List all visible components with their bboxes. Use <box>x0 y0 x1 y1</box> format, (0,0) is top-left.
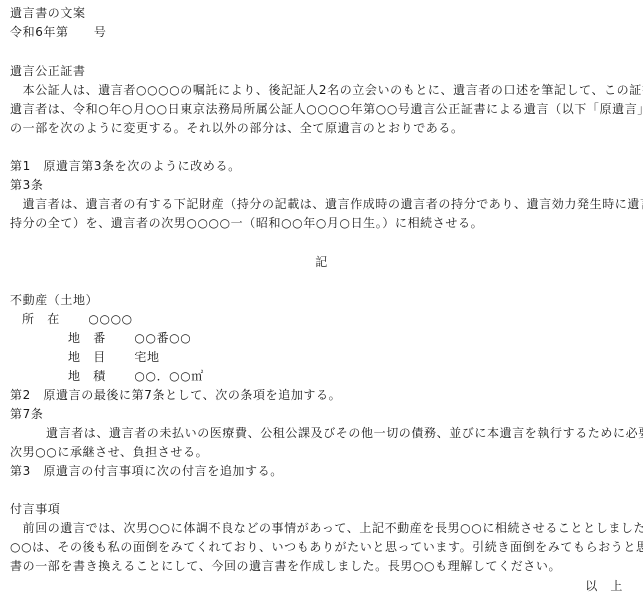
property-location: 所 在 ○○○○ <box>22 311 133 327</box>
supplementary-body: ○○は、その後も私の面倒をみてくれており、いつもありがたいと思っています。引続き… <box>10 539 643 555</box>
article-2-body: 遺言者は、遺言者の未払いの医療費、公租公課及びその他一切の債務、並びに本遺言を執… <box>46 425 643 441</box>
certificate-intro-line: 本公証人は、遺言者○○○○の嘱託により、後記証人2名の立会いのもとに、遺言者の口… <box>10 82 643 98</box>
document-title: 遺言書の文案 <box>10 5 86 21</box>
supplementary-heading: 付言事項 <box>10 501 60 517</box>
property-row: 地 積 ○○．○○㎡ <box>68 368 204 384</box>
ki-mark: 記 <box>0 254 643 270</box>
supplementary-body: 前回の遺言では、次男○○に体調不良などの事情があって、上記不動産を長男○○に相続… <box>10 520 643 536</box>
location-label: 所 在 <box>22 311 84 327</box>
property-row-label: 地 積 <box>68 368 130 384</box>
property-row-label: 地 目 <box>68 349 130 365</box>
property-row-label: 地 番 <box>68 330 130 346</box>
property-row-value: 宅地 <box>134 350 159 364</box>
certificate-intro-line: 遺言者は、令和○年○月○○日東京法務局所属公証人○○○○年第○○号遺言公正証書に… <box>10 101 643 117</box>
property-row-value: ○○番○○ <box>134 331 191 345</box>
article-2-heading: 第2 原遺言の最後に第7条として、次の条項を追加する。 <box>10 387 341 403</box>
document-number: 令和6年第 号 <box>10 24 106 40</box>
closing-mark: 以 上 <box>585 578 623 594</box>
property-row-value: ○○．○○㎡ <box>134 369 203 383</box>
article-1-heading: 第1 原遺言第3条を次のように改める。 <box>10 158 241 174</box>
will-draft-document: 遺言書の文案 令和6年第 号 遺言公正証書 本公証人は、遺言者○○○○の嘱託によ… <box>0 0 643 610</box>
article-1-body: 持分の全て）を、遺言者の次男○○○○一（昭和○○年○月○日生。）に相続させる。 <box>10 215 483 231</box>
property-row: 地 番 ○○番○○ <box>68 330 191 346</box>
article-2-sub: 第7条 <box>10 406 43 422</box>
certificate-heading: 遺言公正証書 <box>10 63 86 79</box>
supplementary-body: 書の一部を書き換えることにして、今回の遺言書を作成しました。長男○○も理解してく… <box>10 558 561 574</box>
location-value: ○○○○ <box>88 312 132 326</box>
article-1-sub: 第3条 <box>10 177 43 193</box>
article-1-body: 遺言者は、遺言者の有する下記財産（持分の記載は、遺言作成時の遺言者の持分であり、… <box>10 196 643 212</box>
property-heading: 不動産（土地） <box>10 292 98 308</box>
property-row: 地 目 宅地 <box>68 349 160 365</box>
article-3-heading: 第3 原遺言の付言事項に次の付言を追加する。 <box>10 463 283 479</box>
certificate-intro-line: の一部を次のように変更する。それ以外の部分は、全て原遺言のとおりである。 <box>10 120 464 136</box>
article-2-body: 次男○○に承継させ、負担させる。 <box>10 444 208 460</box>
